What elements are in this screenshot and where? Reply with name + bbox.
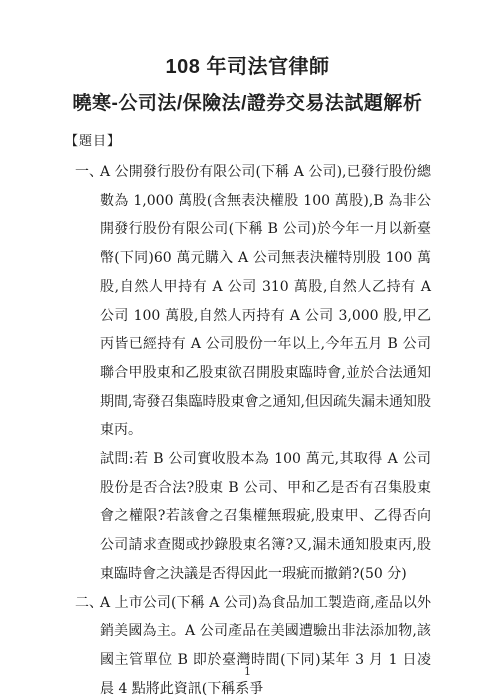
question-number-marker: 一、 — [75, 158, 100, 187]
question-text: 試問:若 B 公司實收股本為 100 萬元,其取得 A 公司股份是否合法?股東 … — [100, 445, 431, 589]
question-list: 一、A 公開發行股份有限公司(下稱 A 公司),已發行股份總數為 1,000 萬… — [75, 158, 431, 700]
question-item: 一、A 公開發行股份有限公司(下稱 A 公司),已發行股份總數為 1,000 萬… — [75, 158, 431, 589]
question-item: 二、A 上市公司(下稱 A 公司)為食品加工製造商,產品以外銷美國為主。A 公司… — [75, 589, 431, 700]
question-text: A 上市公司(下稱 A 公司)為食品加工製造商,產品以外銷美國為主。A 公司產品… — [100, 595, 431, 697]
question-text: A 公開發行股份有限公司(下稱 A 公司),已發行股份總數為 1,000 萬股(… — [100, 164, 431, 438]
question-paragraph: 二、A 上市公司(下稱 A 公司)為食品加工製造商,產品以外銷美國為主。A 公司… — [75, 589, 431, 700]
page-number: 1 — [0, 665, 495, 678]
document-title: 108 年司法官律師 — [0, 52, 495, 82]
section-heading-topics: 【題目】 — [65, 132, 495, 152]
question-number-marker: 二、 — [75, 589, 100, 618]
document-subtitle: 曉寒-公司法/保險法/證券交易法試題解析 — [0, 89, 495, 119]
document-page: 108 年司法官律師 曉寒-公司法/保險法/證券交易法試題解析 【題目】 一、A… — [0, 0, 495, 700]
question-paragraph: 一、A 公開發行股份有限公司(下稱 A 公司),已發行股份總數為 1,000 萬… — [75, 158, 431, 445]
